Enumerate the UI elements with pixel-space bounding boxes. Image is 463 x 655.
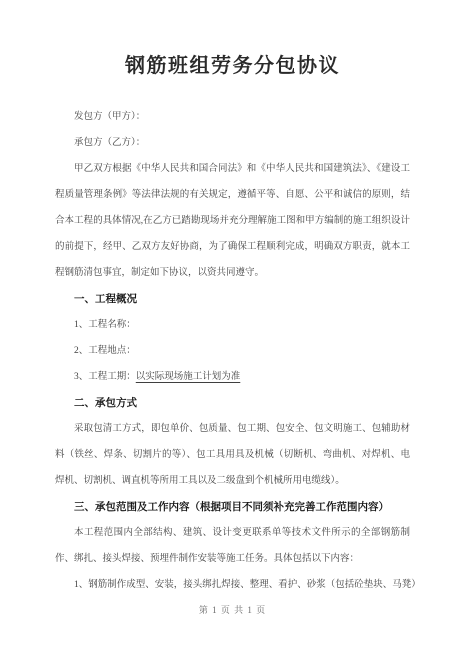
section-2-body: 采取包清工方式，即包单价、包质量、包工期、包安全、包文明施工、包辅助材料（铁丝、… [55, 416, 410, 494]
section-3-body: 本工程范围内全部结构、建筑、设计变更联系单等技术文件所示的全部钢筋制作、绑扎、接… [55, 520, 410, 572]
section-2-heading: 二、承包方式 [55, 390, 410, 416]
section-3-heading: 三、承包范围及工作内容（根据项目不同须补充完善工作范围内容） [55, 494, 410, 520]
document-title: 钢筋班组劳务分包协议 [55, 52, 410, 80]
document-page: 钢筋班组劳务分包协议 发包方（甲方）： 承包方（乙方）： 甲乙双方根据《中华人民… [0, 0, 463, 655]
project-name-item: 1、工程名称： [55, 312, 410, 338]
party-b-line: 承包方（乙方）： [55, 130, 410, 156]
project-duration-item: 3、工程工期：以实际现场施工计划为准 [55, 364, 410, 390]
section-3-list-item-1: 1、钢筋制作成型、安装，接头绑扎焊接、整理、看护、砂浆（包括砼垫块、马凳） [55, 572, 410, 598]
project-duration-label: 3、工程工期： [74, 372, 136, 382]
page-number-footer: 第 1 页 共 1 页 [55, 600, 410, 620]
project-duration-value: 以实际现场施工计划为准 [136, 372, 241, 382]
project-location-item: 2、工程地点： [55, 338, 410, 364]
section-1-heading: 一、工程概况 [55, 286, 410, 312]
party-a-line: 发包方（甲方）： [55, 104, 410, 130]
preamble-paragraph: 甲乙双方根据《中华人民共和国合同法》和《中华人民共和国建筑法》、《建设工程质量管… [55, 156, 410, 286]
